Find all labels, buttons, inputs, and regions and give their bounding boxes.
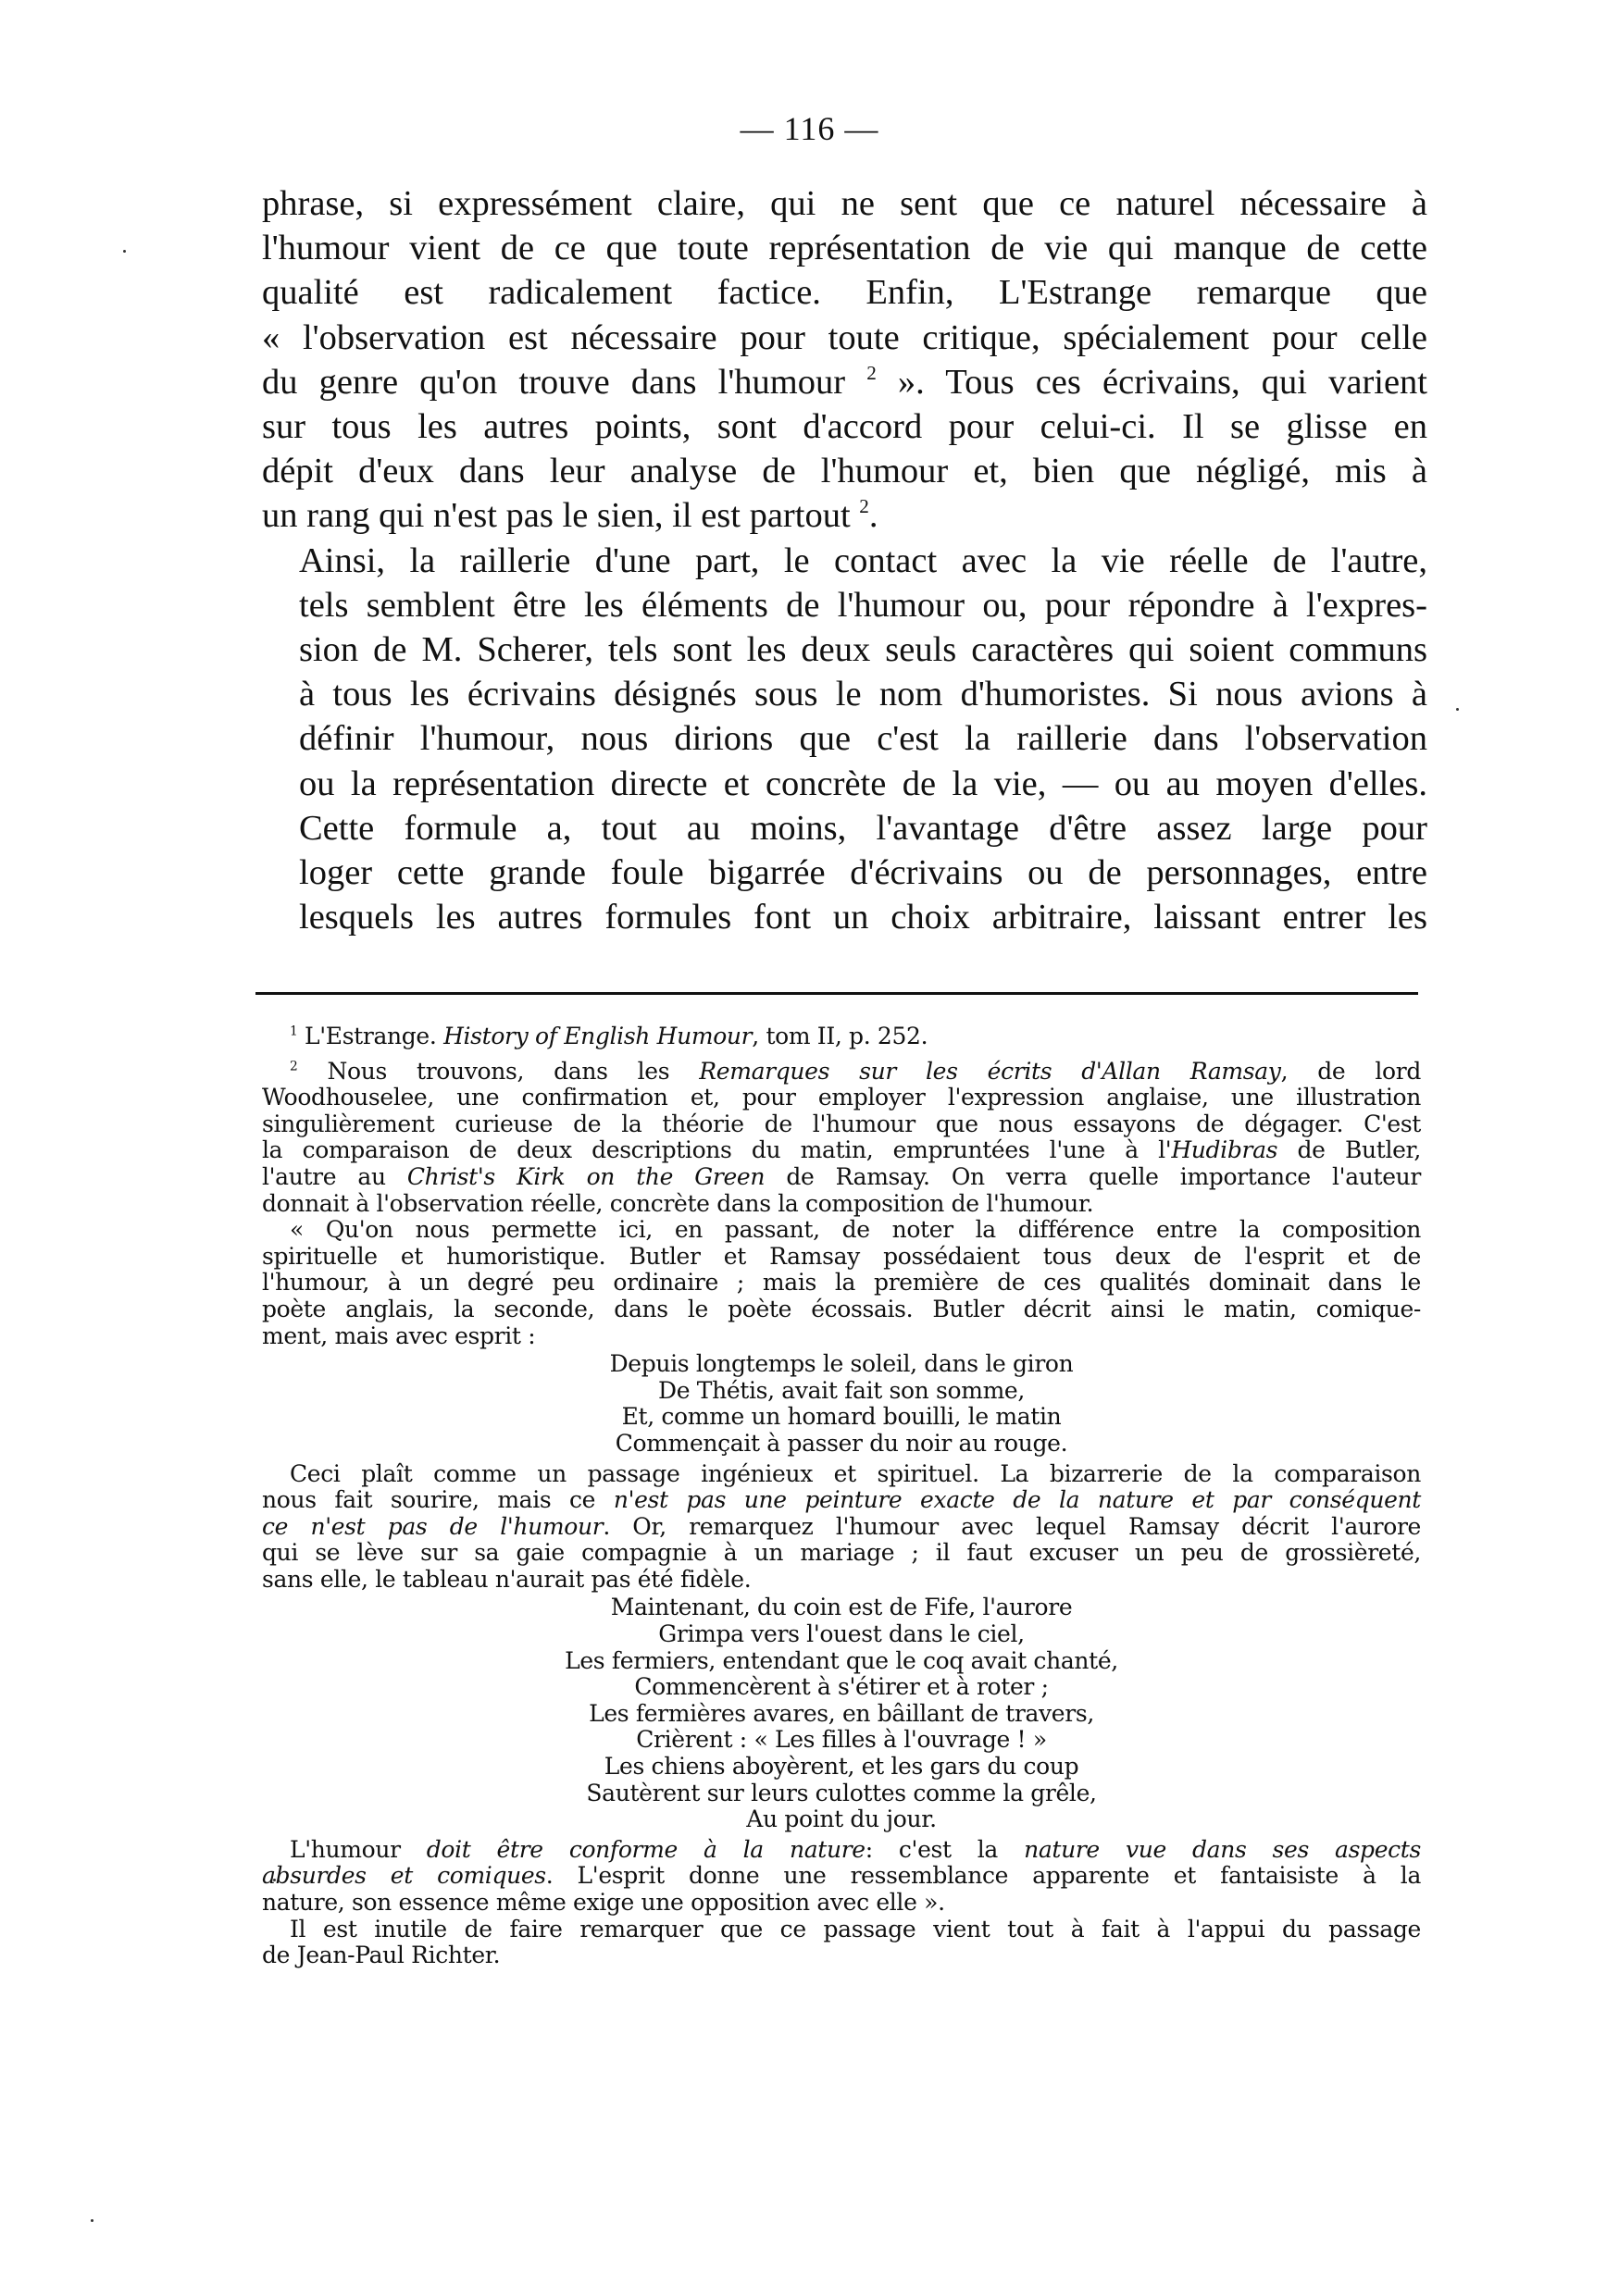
text-line: Woodhouselee, une confirmation et, pour … <box>262 1085 1421 1111</box>
footnote-marker: 1 <box>290 1024 297 1038</box>
scan-speck <box>123 250 126 253</box>
book-title: History of English Humour <box>443 1023 752 1049</box>
text-line: l'humour, à un degré peu ordinaire ; mai… <box>262 1270 1421 1297</box>
text-line: 2 Nous trouvons, dans les Remarques sur … <box>262 1059 1421 1086</box>
text-line: Il est inutile de faire remarquer que ce… <box>262 1917 1421 1943</box>
text-line: loger cette grande foule bigarrée d'écri… <box>262 850 1427 895</box>
scan-speck <box>1456 708 1459 711</box>
text-line: « Qu'on nous permette ici, en passant, d… <box>262 1217 1421 1244</box>
text-line: tels semblent être les éléments de l'hum… <box>262 583 1427 627</box>
verse-line: Grimpa vers l'ouest dans le ciel, <box>262 1621 1421 1648</box>
text-line: « l'observation est nécessaire pour tout… <box>262 316 1427 360</box>
text-line: donnait à l'observation réelle, concrète… <box>262 1191 1421 1218</box>
text-line: poète anglais, la seconde, dans le poète… <box>262 1297 1421 1323</box>
text-line: définir l'humour, nous dirions que c'est… <box>262 716 1427 761</box>
text-line: ou la représentation directe et concrète… <box>262 762 1427 806</box>
scan-speck <box>91 2219 93 2222</box>
text-line: Cette formule a, tout au moins, l'avanta… <box>262 806 1427 850</box>
text-line: singulièrement curieuse de la théorie de… <box>262 1111 1421 1138</box>
footnote-ref[interactable]: 2 <box>866 362 877 384</box>
scan-speck <box>273 1879 276 1881</box>
text-line: absurdes et comiques. L'esprit donne une… <box>262 1863 1421 1890</box>
text-line: sion de M. Scherer, tels sont les deux s… <box>262 627 1427 672</box>
quote-paragraph: « Qu'on nous permette ici, en passant, d… <box>262 1217 1421 1244</box>
text-line: nous fait sourire, mais ce n'est pas une… <box>262 1487 1421 1514</box>
text-line: qui se lève sur sa gaie compagnie à un m… <box>262 1540 1421 1567</box>
footnote-divider <box>255 992 1418 995</box>
verse-line: Les chiens aboyèrent, et les gars du cou… <box>262 1754 1421 1781</box>
footnotes: 1 L'Estrange. History of English Humour,… <box>262 1024 1421 1969</box>
footnote-2: 2 Nous trouvons, dans les Remarques sur … <box>262 1059 1421 1086</box>
footnote-marker: 2 <box>290 1059 297 1074</box>
verse-line: Les fermières avares, en bâillant de tra… <box>262 1701 1421 1728</box>
commentary-body: nous fait sourire, mais ce n'est pas une… <box>262 1487 1421 1593</box>
text-line: ce n'est pas de l'humour. Or, remarquez … <box>262 1514 1421 1541</box>
verse-butler: Depuis longtemps le soleil, dans le giro… <box>262 1351 1421 1457</box>
verse-line: Commençait à passer du noir au rouge. <box>262 1431 1421 1458</box>
verse-ramsay: Maintenant, du coin est de Fife, l'auror… <box>262 1595 1421 1832</box>
main-text: phrase, si expressément claire, qui ne s… <box>262 181 1427 939</box>
verse-line: Maintenant, du coin est de Fife, l'auror… <box>262 1595 1421 1621</box>
footnote-1: 1 L'Estrange. History of English Humour,… <box>262 1024 1421 1050</box>
text-line: de Jean-Paul Richter. <box>262 1942 1421 1969</box>
verse-line: Sautèrent sur leurs culottes comme la gr… <box>262 1781 1421 1807</box>
final-paragraph: Il est inutile de faire remarquer que ce… <box>262 1917 1421 1943</box>
verse-line: Et, comme un homard bouilli, le matin <box>262 1404 1421 1431</box>
verse-line: Les fermiers, entendant que le coq avait… <box>262 1648 1421 1675</box>
quote-paragraph-body: spirituelle et humoristique. Butler et R… <box>262 1244 1421 1349</box>
text-line: l'autre au Christ's Kirk on the Green de… <box>262 1164 1421 1191</box>
text-line: ment, mais avec esprit : <box>262 1323 1421 1350</box>
text-line: Ceci plaît comme un passage ingénieux et… <box>262 1461 1421 1488</box>
conclusion-paragraph: L'humour doit être conforme à la nature:… <box>262 1837 1421 1864</box>
text-line: sur tous les autres points, sont d'accor… <box>262 404 1427 449</box>
commentary-paragraph: Ceci plaît comme un passage ingénieux et… <box>262 1461 1421 1488</box>
text-line: dépit d'eux dans leur analyse de l'humou… <box>262 449 1427 493</box>
verse-line: De Thétis, avait fait son somme, <box>262 1378 1421 1405</box>
text-line: phrase, si expressément claire, qui ne s… <box>262 181 1427 226</box>
text-line: spirituelle et humoristique. Butler et R… <box>262 1244 1421 1271</box>
paragraph-1: phrase, si expressément claire, qui ne s… <box>262 181 1427 539</box>
verse-line: Commencèrent à s'étirer et à roter ; <box>262 1674 1421 1701</box>
text-line: un rang qui n'est pas le sien, il est pa… <box>262 493 1427 538</box>
text-line: du genre qu'on trouve dans l'humour 2 ».… <box>262 360 1427 404</box>
text-line: Ainsi, la raillerie d'une part, le conta… <box>262 539 1427 583</box>
paragraph-3: Cette formule a, tout au moins, l'avanta… <box>262 806 1427 940</box>
footnote-ref[interactable]: 2 <box>859 496 869 518</box>
text-line: sans elle, le tableau n'aurait pas été f… <box>262 1567 1421 1594</box>
text-line: la comparaison de deux descriptions du m… <box>262 1137 1421 1164</box>
conclusion-body: absurdes et comiques. L'esprit donne une… <box>262 1863 1421 1916</box>
verse-line: Depuis longtemps le soleil, dans le giro… <box>262 1351 1421 1378</box>
verse-line: Crièrent : « Les filles à l'ouvrage ! » <box>262 1727 1421 1754</box>
text-line: L'humour doit être conforme à la nature:… <box>262 1837 1421 1864</box>
text-line: l'humour vient de ce que toute représent… <box>262 226 1427 270</box>
final-paragraph-body: de Jean-Paul Richter. <box>262 1942 1421 1969</box>
page-number: — 116 — <box>0 109 1619 148</box>
verse-line: Au point du jour. <box>262 1806 1421 1833</box>
text-line: qualité est radicalement factice. Enfin,… <box>262 270 1427 315</box>
footnote-2-body: Woodhouselee, une confirmation et, pour … <box>262 1085 1421 1217</box>
text-line: à tous les écrivains désignés sous le no… <box>262 672 1427 716</box>
text-line: lesquels les autres formules font un cho… <box>262 895 1427 939</box>
paragraph-2: Ainsi, la raillerie d'une part, le conta… <box>262 539 1427 806</box>
text-line: nature, son essence même exige une oppos… <box>262 1890 1421 1917</box>
